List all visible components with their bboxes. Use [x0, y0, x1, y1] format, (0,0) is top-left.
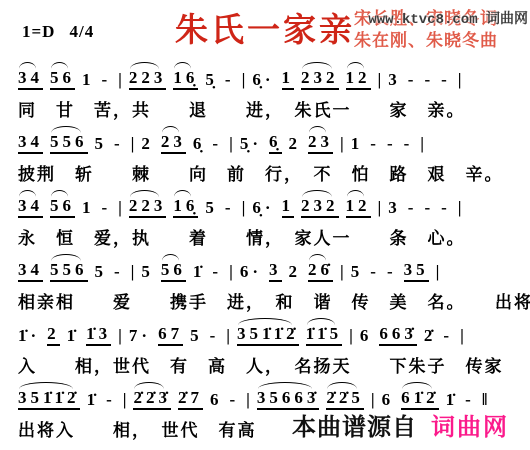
notation-token: 6· [240, 263, 262, 282]
barline: | [458, 71, 462, 90]
notation-token: - [424, 71, 434, 90]
notation-token: 12 [346, 69, 371, 90]
barline: | [242, 199, 246, 218]
notation-token: - [404, 135, 414, 154]
notation-token: 16̣ [173, 69, 198, 90]
barline: | [226, 327, 230, 346]
notation-token: 1 [351, 135, 364, 154]
notation-token: - [229, 391, 239, 410]
notation-token: 16̣ [173, 197, 198, 218]
notation-token: 1̇ [193, 263, 206, 282]
notation-token: 1 [282, 197, 295, 218]
notation-row: 351̇1̇2̇1̇-|2̇2̇3̇2̇76-|35663̇2̇2̇5|661̇… [18, 380, 518, 410]
barline: | [378, 199, 382, 218]
notation-token: 34 [18, 133, 43, 154]
notation-token: 7· [129, 327, 151, 346]
barline: | [131, 135, 135, 154]
notation-token: - [408, 71, 418, 90]
notation-row: 34561-|22316̣5̣-|6̣·123212|3---| [18, 60, 518, 90]
notation-token: 2̇2̇3̇ [133, 389, 171, 410]
notation-token: 5 [205, 199, 218, 218]
barline: | [460, 327, 464, 346]
notation-token: 5 [351, 263, 364, 282]
barline: | [118, 327, 122, 346]
notation-token: 2 [289, 135, 302, 154]
notation-token: 23 [308, 133, 333, 154]
notation-token: - [387, 135, 397, 154]
score-body: 34561-|22316̣5̣-|6̣·123212|3---|同 甘 苦，共 … [18, 60, 518, 444]
notation-token: 663̇ [379, 325, 417, 346]
notation-token: 6 [210, 391, 223, 410]
notation-token: - [102, 199, 112, 218]
notation-token: - [225, 199, 235, 218]
notation-token: - [441, 71, 451, 90]
notation-token: 3 [269, 261, 282, 282]
notation-token: - [370, 135, 380, 154]
notation-token: 34 [18, 69, 43, 90]
barline: | [229, 263, 233, 282]
notation-token: - [370, 263, 380, 282]
notation-token: 35 [404, 261, 429, 282]
notation-token: 6 [360, 327, 373, 346]
notation-token: 56 [161, 261, 186, 282]
notation-token: 1̇3 [86, 325, 111, 346]
site-name-link[interactable]: 词曲网 [431, 413, 509, 441]
notation-token: 34 [18, 261, 43, 282]
notation-token: 2̇ [424, 327, 437, 346]
notation-token: - [443, 327, 453, 346]
notation-token: 1 [282, 69, 295, 90]
score-line: 1̇·21̇1̇3|7·675-|351̇1̇2̇1̇1̇5|6663̇2̇-|… [18, 316, 518, 380]
lyrics-row: 相亲相 爱 携手 进， 和 谐 传 美 名。 出将 [18, 288, 518, 312]
notation-token: 5̣· [240, 135, 262, 154]
notation-token: - [114, 263, 124, 282]
notation-token: - [106, 391, 116, 410]
barline: | [246, 391, 250, 410]
barline: | [118, 71, 122, 90]
notation-token: 1̇ [67, 327, 80, 346]
notation-token: - [408, 199, 418, 218]
notation-row: 1̇·21̇1̇3|7·675-|351̇1̇2̇1̇1̇5|6663̇2̇-| [18, 316, 518, 346]
notation-token: - [114, 135, 124, 154]
notation-token: 5 [95, 135, 108, 154]
credit-composer: 朱在刚、朱晓冬曲 [354, 30, 498, 52]
score-line: 345565-|5561̇-|6·3226̇|5--35|相亲相 爱 携手 进，… [18, 252, 518, 316]
barline: | [436, 263, 440, 282]
notation-token: 6̣· [252, 199, 274, 218]
barline: | [242, 71, 246, 90]
notation-token: 2 [47, 325, 60, 346]
notation-token: 5 [190, 327, 203, 346]
notation-token: 5 [141, 263, 154, 282]
lyrics-row: 披荆 斩 棘 向 前 行， 不 怕 路 艰 辛。 [18, 160, 518, 184]
notation-token: 1̇ [87, 391, 100, 410]
lyrics-row: 入 相，世代 有 高 人， 名扬天 下朱子 传家 训。 [18, 352, 518, 376]
notation-token: 6̣· [252, 71, 274, 90]
source-text: 本曲谱源自 [292, 413, 417, 441]
sheet-music-page: 1=D4/4 朱氏一家亲 宋长胜、宋晓冬词 朱在刚、朱晓冬曲 www.ktvc8… [0, 0, 530, 450]
notation-token: 12 [346, 197, 371, 218]
notation-row: 345565-|2236̣-|5̣·6̣223|1---| [18, 124, 518, 154]
notation-token: - [441, 199, 451, 218]
notation-token: 556 [50, 261, 88, 282]
notation-token: 1 [82, 71, 95, 90]
notation-token: 232 [301, 197, 339, 218]
notation-token: 6̣ [193, 135, 206, 154]
notation-token: 1 [82, 199, 95, 218]
barline: | [123, 391, 127, 410]
notation-token: 2 [289, 263, 302, 282]
notation-token: 67 [158, 325, 183, 346]
notation-token: 351̇1̇2̇ [237, 325, 299, 346]
notation-token: 351̇1̇2̇ [18, 389, 80, 410]
notation-token: 2 [141, 135, 154, 154]
notation-token: 23 [161, 133, 186, 154]
notation-token: 1̇· [18, 327, 40, 346]
watermark-text: www.ktvc8.com 词曲网 [368, 8, 528, 28]
barline: | [458, 199, 462, 218]
score-line: 34561-|22316̣5̣-|6̣·123212|3---|同 甘 苦，共 … [18, 60, 518, 124]
barline: | [420, 135, 424, 154]
barline: | [229, 135, 233, 154]
notation-token: 56 [50, 69, 75, 90]
notation-token: 5̣ [205, 71, 218, 90]
notation-token: 5 [95, 263, 108, 282]
notation-token: - [102, 71, 112, 90]
notation-token: - [212, 263, 222, 282]
barline: | [340, 263, 344, 282]
notation-token: 6̣ [269, 133, 282, 154]
notation-token: 223 [129, 197, 167, 218]
barline: | [349, 327, 353, 346]
notation-token: - [212, 135, 222, 154]
barline: | [378, 71, 382, 90]
lyrics-row: 永 恒 爱，执 着 情， 家人一 条 心。 [18, 224, 518, 248]
notation-token: 3 [388, 71, 401, 90]
notation-token: 223 [129, 69, 167, 90]
notation-token: - [424, 199, 434, 218]
notation-token: - [210, 327, 220, 346]
notation-token: 2̇7 [178, 389, 203, 410]
barline: | [118, 199, 122, 218]
notation-token: 34 [18, 197, 43, 218]
notation-token: - [387, 263, 397, 282]
lyrics-row: 同 甘 苦，共 退 进， 朱氏一 家 亲。 [18, 96, 518, 120]
source-attribution: 本曲谱源自词曲网 [292, 407, 509, 442]
notation-token: 3 [388, 199, 401, 218]
notation-row: 34561-|22316̣5-|6̣·123212|3---| [18, 188, 518, 218]
score-line: 34561-|22316̣5-|6̣·123212|3---|永 恒 爱，执 着… [18, 188, 518, 252]
notation-token: - [225, 71, 235, 90]
notation-token: 1̇1̇5 [306, 325, 343, 346]
notation-token: 26̇ [308, 261, 333, 282]
notation-row: 345565-|5561̇-|6·3226̇|5--35| [18, 252, 518, 282]
score-line: 345565-|2236̣-|5̣·6̣223|1---|披荆 斩 棘 向 前 … [18, 124, 518, 188]
barline: | [340, 135, 344, 154]
notation-token: 56 [50, 197, 75, 218]
notation-token: 556 [50, 133, 88, 154]
barline: | [131, 263, 135, 282]
notation-token: 232 [301, 69, 339, 90]
